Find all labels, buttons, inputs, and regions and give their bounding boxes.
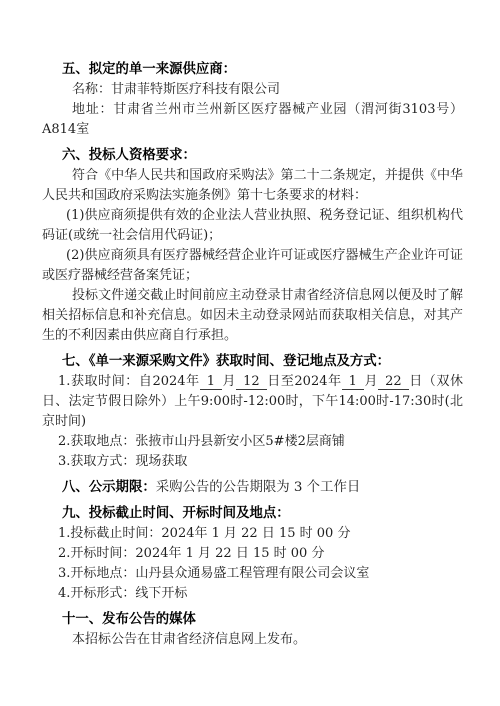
section-9-heading: 九、投标截止时间、开标时间及地点： [62, 504, 463, 524]
supplier-name-line: 名称：甘肃菲特斯医疗科技有限公司 [42, 80, 463, 100]
publicity-period-text: 采购公告的公告期限为 3 个工作日 [156, 480, 361, 495]
end-day-blank: 22 [378, 374, 409, 390]
section-11-heading: 十一、发布公告的媒体 [62, 610, 463, 630]
section-7-heading: 七、《单一来源采购文件》获取时间、登记地点及方式： [62, 352, 463, 372]
acquire-place-line: 2.获取地点：张掖市山丹县新安小区5#楼2层商铺 [42, 432, 463, 452]
start-month-blank: 1 [200, 374, 222, 390]
publish-media-text: 本招标公告在甘肃省经济信息网上发布。 [42, 630, 463, 650]
qualification-req-2: (2)供应商须具有医疗器械经营企业许可证或医疗器械生产企业许可证或医疗器械经营备… [42, 246, 463, 286]
bid-opening-place-line: 3.开标地点：山丹县众通易盛工程管理有限公司会议室 [42, 564, 463, 584]
qualification-note: 投标文件递交截止时间前应主动登录甘肃省经济信息网以便及时了解相关招标信息和补充信… [42, 286, 463, 346]
acquire-time-line: 1.获取时间：自2024年1月12日至2024年1月22日（双休日、法定节假日除… [42, 372, 463, 432]
end-month-blank: 1 [342, 374, 364, 390]
acquire-time-sep2: 日至2024年 [267, 374, 342, 389]
section-8-heading: 八、公示期限： [62, 480, 156, 495]
acquire-time-pre: 1.获取时间：自2024年 [58, 374, 200, 389]
acquire-time-sep3: 月 [364, 374, 378, 389]
section-5-heading: 五、拟定的单一来源供应商： [62, 60, 463, 80]
section-6-heading: 六、投标人资格要求： [62, 146, 463, 166]
qualification-req-1: (1)供应商须提供有效的企业法人营业执照、税务登记证、组织机构代码证(或统一社会… [42, 206, 463, 246]
start-day-blank: 12 [236, 374, 267, 390]
bid-deadline-line: 1.投标截止时间：2024年 1 月 22 日 15 时 00 分 [42, 524, 463, 544]
section-8-heading-line: 八、公示期限：采购公告的公告期限为 3 个工作日 [62, 478, 463, 498]
document-page: 五、拟定的单一来源供应商： 名称：甘肃菲特斯医疗科技有限公司 地址：甘肃省兰州市… [0, 0, 500, 706]
acquire-method-line: 3.获取方式：现场获取 [42, 452, 463, 472]
acquire-time-sep1: 月 [222, 374, 236, 389]
qualification-intro: 符合《中华人民共和国政府采购法》第二十二条规定，并提供《中华人民共和国政府采购法… [42, 166, 463, 206]
bid-opening-form-line: 4.开标形式：线下开标 [42, 584, 463, 604]
bid-opening-time-line: 2.开标时间：2024年 1 月 22 日 15 时 00 分 [42, 544, 463, 564]
supplier-address-line: 地址：甘肃省兰州市兰州新区医疗器械产业园（渭河街3103号）A814室 [42, 100, 463, 140]
